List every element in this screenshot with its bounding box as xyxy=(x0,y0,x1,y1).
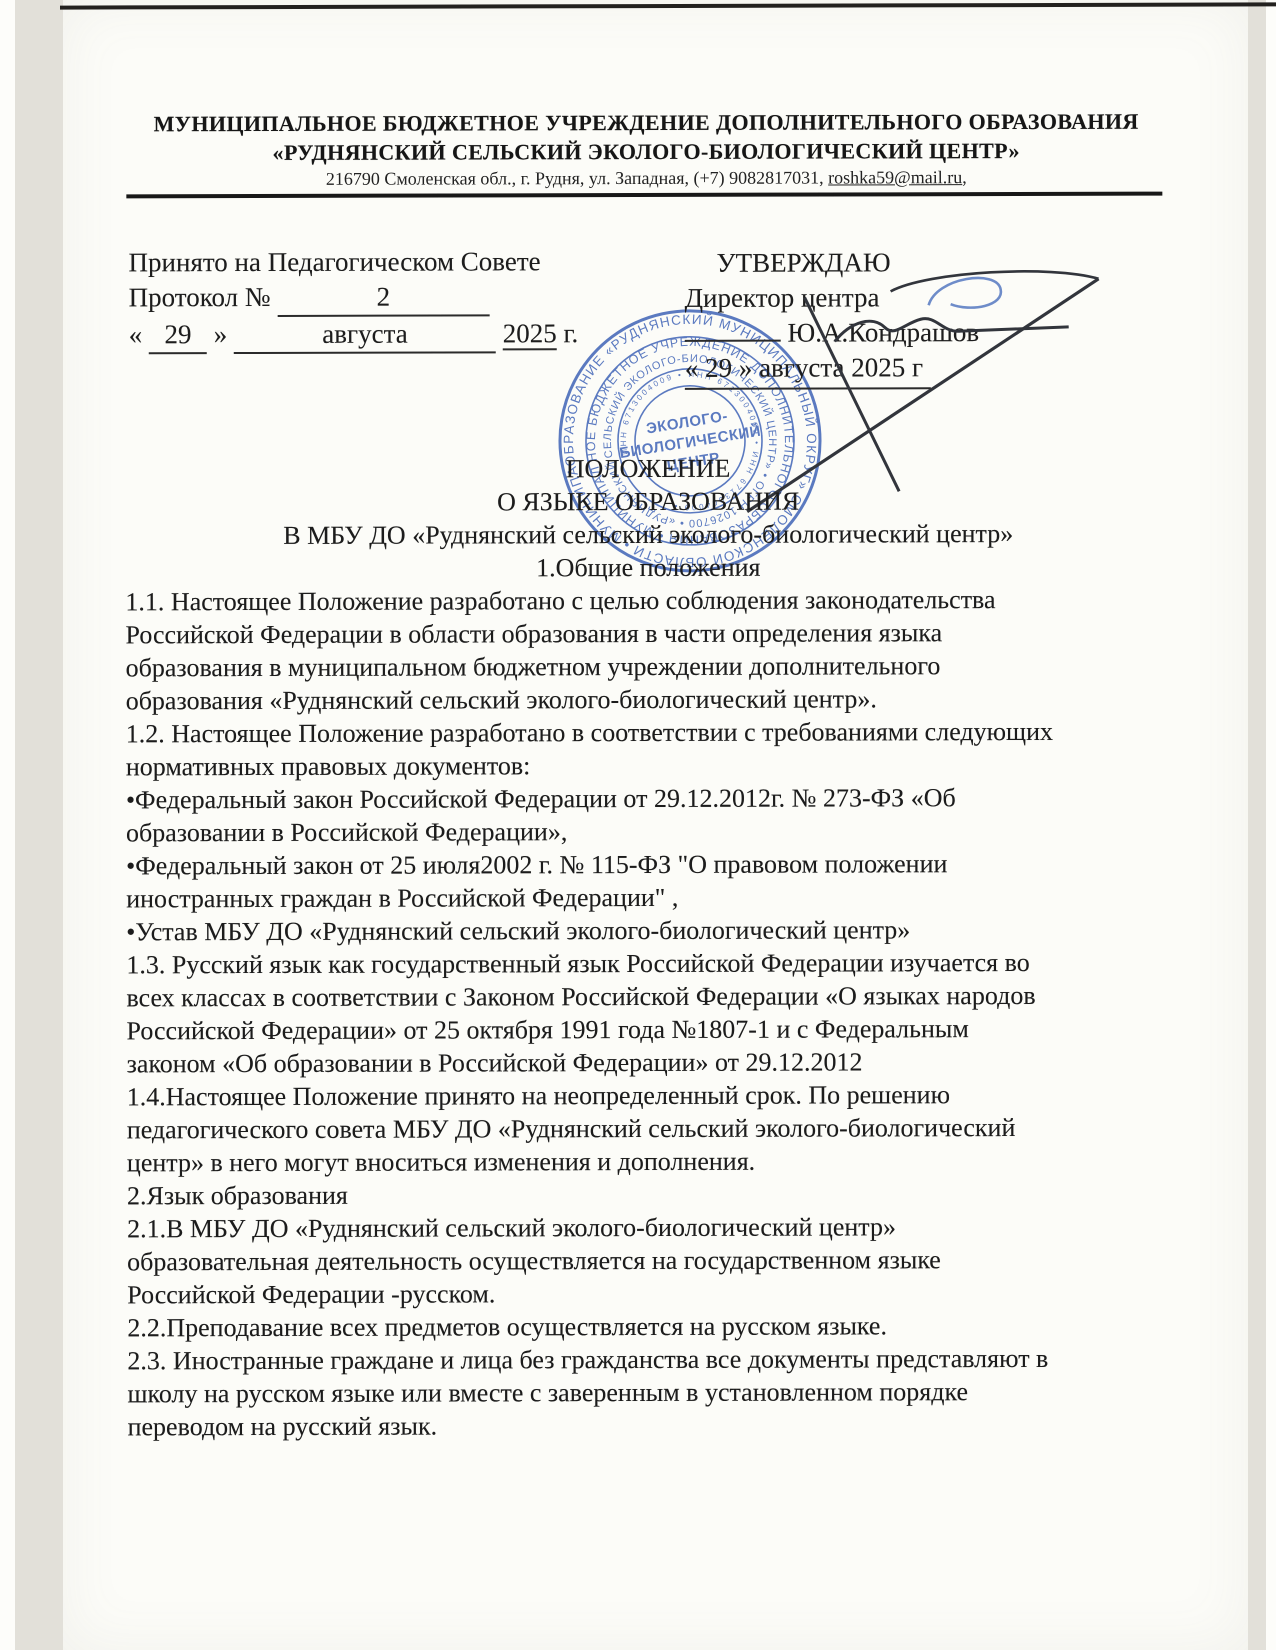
year-suffix: г. xyxy=(563,318,578,348)
org-address: 216790 Смоленская обл., г. Рудня, ул. За… xyxy=(326,167,828,188)
accepted-block: Принято на Педагогическом Совете Протоко… xyxy=(128,244,688,354)
approved-date: « 29 » августа 2025 г xyxy=(685,350,931,390)
org-address-suffix: , xyxy=(962,167,967,187)
approve-word: УТВЕРЖДАЮ xyxy=(684,245,1204,281)
day-value: 29 xyxy=(164,319,191,349)
protocol-label: Протокол № xyxy=(129,282,271,312)
paragraph: •Федеральный закон Российской Федерации … xyxy=(126,780,1244,849)
quote-open: « xyxy=(129,319,143,349)
month-value: августа xyxy=(322,319,407,349)
paragraph: 1.3. Русский язык как государственный яз… xyxy=(126,945,1244,1080)
org-address-line: 216790 Смоленская обл., г. Рудня, ул. За… xyxy=(126,167,1166,191)
signature-line: Ю.А.Кондрашов xyxy=(685,315,1205,351)
org-email: roshka59@mail.ru xyxy=(828,167,962,187)
paragraph: 1.1. Настоящее Положение разработано с ц… xyxy=(125,582,1243,717)
body-block: 1.1. Настоящее Положение разработано с ц… xyxy=(125,582,1245,1443)
title-line: ПОЛОЖЕНИЕ xyxy=(125,451,1171,487)
accepted-date-line: « 29 » августа 2025 г. xyxy=(129,316,689,354)
month-blank: августа xyxy=(234,316,496,354)
approved-date-line: « 29 » августа 2025 г xyxy=(685,350,1205,390)
title-line: 1.Общие положения xyxy=(125,550,1171,586)
letterhead-rule xyxy=(126,192,1162,199)
year-value: 2025 xyxy=(503,318,557,350)
title-line: В МБУ ДО «Руднянский сельский эколого-би… xyxy=(125,517,1171,553)
day-blank: 29 xyxy=(149,317,207,354)
paragraph: 1.2. Настоящее Положение разработано в с… xyxy=(126,714,1244,783)
document-content: ПОЛОЖЕНИЕО ЯЗЫКЕ ОБРАЗОВАНИЯВ МБУ ДО «Ру… xyxy=(125,450,1246,1443)
approver-role: Директор центра xyxy=(685,280,1205,316)
signature-blank xyxy=(685,316,781,342)
paragraph: 2.3. Иностранные граждане и лица без гра… xyxy=(127,1341,1245,1443)
protocol-number: 2 xyxy=(377,282,391,312)
paragraph: 2.2.Преподавание всех предметов осуществ… xyxy=(127,1308,1245,1344)
paragraph: 1.4.Настоящее Положение принято на неопр… xyxy=(127,1077,1245,1179)
paragraph: 2.1.В МБУ ДО «Руднянский сельский эколог… xyxy=(127,1209,1245,1311)
protocol-number-blank: 2 xyxy=(277,279,489,317)
quote-close: » xyxy=(214,319,228,349)
paragraph: •Федеральный закон от 25 июля2002 г. № 1… xyxy=(126,846,1244,915)
scanned-document: МУНИЦИПАЛЬНОЕ БЮДЖЕТНОЕ УЧРЕЖДЕНИЕ ДОПОЛ… xyxy=(0,0,1276,1650)
approver-name: Ю.А.Кондрашов xyxy=(787,317,979,348)
org-name-line2: «РУДНЯНСКИЙ СЕЛЬСКИЙ ЭКОЛОГО-БИОЛОГИЧЕСК… xyxy=(126,138,1166,167)
title-line: О ЯЗЫКЕ ОБРАЗОВАНИЯ xyxy=(125,484,1171,520)
paragraph: 2.Язык образования xyxy=(127,1176,1245,1212)
protocol-line: Протокол № 2 xyxy=(129,279,689,317)
paragraph: •Устав МБУ ДО «Руднянский сельский эколо… xyxy=(126,912,1244,948)
title-block: ПОЛОЖЕНИЕО ЯЗЫКЕ ОБРАЗОВАНИЯВ МБУ ДО «Ру… xyxy=(125,450,1243,585)
org-name-line1: МУНИЦИПАЛЬНОЕ БЮДЖЕТНОЕ УЧРЕЖДЕНИЕ ДОПОЛ… xyxy=(126,109,1166,138)
accepted-line: Принято на Педагогическом Совете xyxy=(128,244,688,280)
approved-block: УТВЕРЖДАЮ Директор центра Ю.А.Кондрашов … xyxy=(684,245,1204,390)
